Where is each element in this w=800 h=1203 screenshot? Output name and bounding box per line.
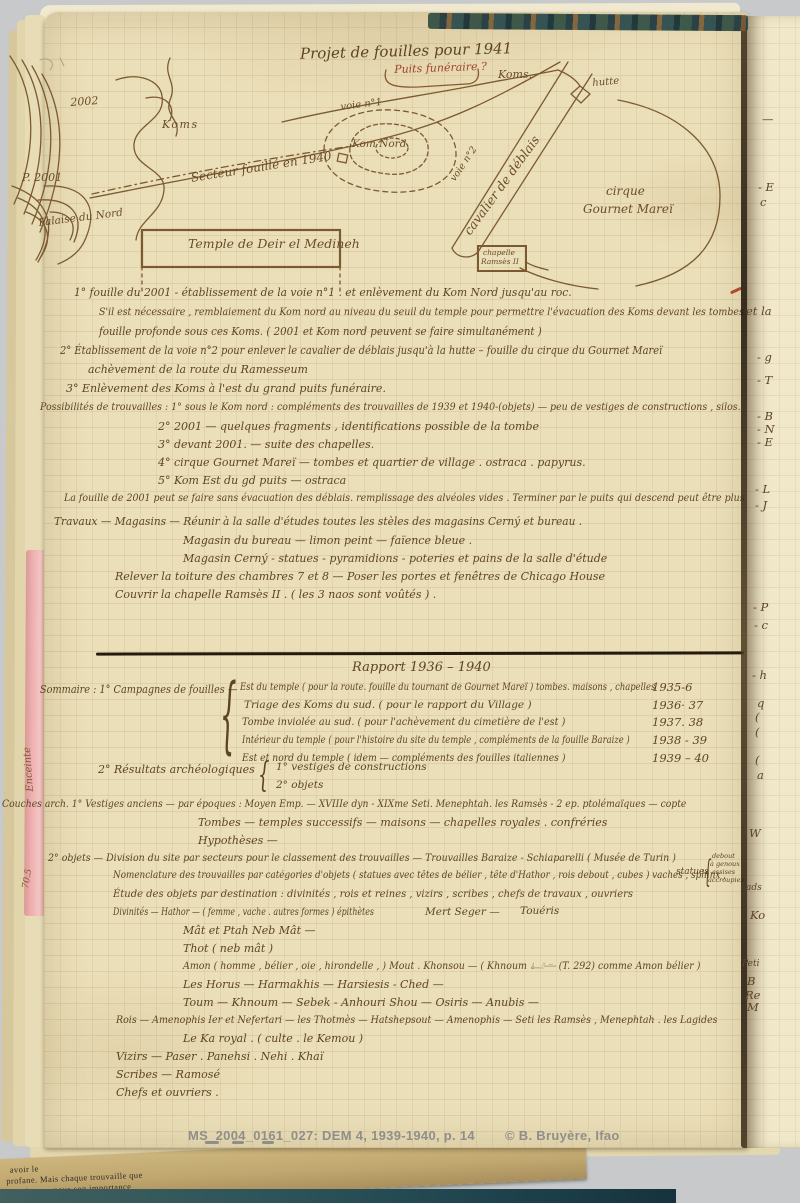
handwritten-line: 1938 - 39 xyxy=(652,735,707,747)
edge-fragment: q xyxy=(757,698,764,710)
handwritten-line: Possibilités de trouvailles : 1° sous le… xyxy=(40,402,741,413)
edge-fragment: — xyxy=(762,114,774,126)
handwritten-line: 2° Résultats archéologiques xyxy=(98,764,255,775)
edge-fragment: - P xyxy=(753,602,768,614)
edge-fragment: a xyxy=(757,770,764,782)
handwritten-line: 1937. 38 xyxy=(652,717,703,729)
edge-fragment: - g xyxy=(757,352,772,364)
handwritten-line: 1° vestiges de constructions xyxy=(276,762,427,773)
edge-fragment: et la xyxy=(746,306,772,318)
handwritten-line: Travaux — Magasins — Réunir à la salle d… xyxy=(54,516,582,528)
edge-fragment: c xyxy=(760,197,766,209)
edge-fragment: ( xyxy=(755,727,760,739)
handwritten-line: Triage des Koms du sud. ( pour le rappor… xyxy=(244,700,532,711)
edge-fragment: - B xyxy=(757,411,773,423)
handwritten-line: assises xyxy=(712,869,735,876)
handwritten-line: 4° cirque Gournet Mareï — tombes et quar… xyxy=(158,457,586,468)
edge-fragment: - N xyxy=(757,424,775,436)
pencil-scribbles xyxy=(40,58,64,70)
handwritten-line: Rapport 1936 – 1940 xyxy=(352,661,491,674)
handwritten-line: 2° 2001 — quelques fragments , identific… xyxy=(158,421,539,432)
newsprint-line: avoir le xyxy=(10,1163,39,1174)
handwritten-line: 1° fouille du 2001 - établissement de la… xyxy=(74,287,572,299)
handwritten-line: 2° objets — Division du site par secteur… xyxy=(48,853,676,864)
handwritten-line: Amon ( homme , bélier , oie , hirondelle… xyxy=(183,961,701,972)
edge-fragment: - L xyxy=(755,484,770,496)
label-p2001: P. 2001 xyxy=(22,172,62,183)
edge-fragment: - T xyxy=(757,375,772,387)
brace-sommaire: { xyxy=(220,676,237,759)
label-gournet-marei: Gournet Mareï xyxy=(583,203,673,215)
handwritten-line: Les Horus — Harmakhis — Harsiesis - Ched… xyxy=(183,979,444,990)
label-puits-funeraire: Puits funéraire ? xyxy=(394,61,487,75)
handwritten-line: Intérieur du temple ( pour l'histoire du… xyxy=(242,735,630,746)
label-koms-right: Koms. xyxy=(498,69,532,80)
edge-fragment: - J xyxy=(755,500,767,512)
handwritten-line: fouille profonde sous ces Koms. ( 2001 e… xyxy=(99,326,542,337)
edge-fragment: ads xyxy=(746,884,762,893)
handwritten-line: Touéris xyxy=(520,906,559,917)
handwritten-line: Tombe inviolée au sud. ( pour l'achèveme… xyxy=(242,717,565,728)
handwritten-line: 1935-6 xyxy=(652,682,692,694)
label-2002: 2002 xyxy=(70,95,99,108)
handwritten-line: Sommaire : 1° Campagnes de fouilles — xyxy=(40,684,237,695)
handwritten-line: Couvrir la chapelle Ramsès II . ( les 3 … xyxy=(115,589,436,600)
edge-fragment: ( xyxy=(755,755,760,767)
edge-fragment: Ko xyxy=(750,910,765,922)
marbled-edge xyxy=(428,13,748,31)
handwritten-line: Le Ka royal . ( culte . le Kemou ) xyxy=(183,1033,363,1044)
hutte-diamond xyxy=(571,86,590,103)
handwritten-line: accroupies xyxy=(708,877,744,884)
handwritten-line: Étude des objets par destination : divin… xyxy=(113,889,633,900)
handwritten-line: 1936· 37 xyxy=(652,700,703,712)
edge-fragment: - c xyxy=(754,620,768,632)
brace-resultats: { xyxy=(258,760,269,794)
edge-fragment: - E xyxy=(757,437,773,449)
edge-fragment: - E xyxy=(758,182,774,194)
edge-fragment: - h xyxy=(752,670,767,682)
edge-fragment: M xyxy=(747,1002,759,1014)
scanned-notebook-page: avoir leprofane. Mais chaque trouvaille … xyxy=(0,0,800,1203)
label-koms-left: Koms xyxy=(162,119,199,130)
label-chapelle-ramses-2: Ramsès II xyxy=(481,258,519,266)
handwritten-line: Mert Seger — xyxy=(425,907,500,918)
edge-fragment: B xyxy=(747,976,755,988)
handwritten-line: Thot ( neb mât ) xyxy=(183,943,273,954)
label-kom-nord: Kom Nord xyxy=(352,139,406,150)
handwritten-line: Est du temple ( pour la route. fouille d… xyxy=(240,682,655,693)
handwritten-line: Relever la toiture des chambres 7 et 8 —… xyxy=(115,571,605,582)
handwritten-line: Magasin Cerný - statues - pyramidions - … xyxy=(183,553,607,564)
handwritten-line: Magasin du bureau — limon peint — faïenc… xyxy=(183,535,472,546)
handwritten-line: 2° objets xyxy=(276,780,323,791)
handwritten-line: Rois — Amenophis Ier et Nefertari — les … xyxy=(116,1015,718,1026)
handwritten-line: La fouille de 2001 peut se faire sans év… xyxy=(64,493,767,504)
handwritten-line: Vizirs — Paser . Panehsi . Nehi . Khaï xyxy=(116,1051,323,1062)
handwritten-line: Toum — Khnoum — Sebek - Anhouri Shou — O… xyxy=(183,997,539,1008)
handwritten-line: 1939 – 40 xyxy=(652,753,709,765)
handwritten-line: Scribes — Ramosé xyxy=(116,1069,220,1080)
copyright-caption: © B. Bruyère, Ifao xyxy=(505,1128,620,1143)
handwritten-line: 2° Établissement de la voie n°2 pour enl… xyxy=(60,345,662,356)
edge-fragment: ( xyxy=(755,712,760,724)
handwritten-line: 5° Kom Est du gd puits — ostraca xyxy=(158,475,346,486)
book-cover-strip xyxy=(0,1189,676,1203)
handwritten-line: Divinités — Hathor — ( femme , vache . a… xyxy=(113,907,374,918)
handwritten-line: Tombes — temples successifs — maisons — … xyxy=(198,817,607,828)
label-temple: Temple de Deir el Medineh xyxy=(188,238,360,251)
archive-caption: MS_2004_0161_027: DEM 4, 1939-1940, p. 1… xyxy=(188,1128,475,1143)
kom-2002-contours xyxy=(116,58,177,240)
handwritten-line: à genoux xyxy=(710,861,740,868)
handwritten-line: Hypothèses — xyxy=(198,835,278,846)
handwritten-line: S'il est nécessaire , remblaiement du Ko… xyxy=(99,307,799,318)
handwritten-line: Mât et Ptah Neb Mât — xyxy=(183,925,316,936)
edge-fragment: Peti xyxy=(742,960,759,969)
handwritten-line: 3° devant 2001. — suite des chapelles. xyxy=(158,439,374,450)
handwritten-line: debout xyxy=(712,853,735,860)
handwritten-line: Chefs et ouvriers . xyxy=(116,1087,219,1098)
kom-nord-square xyxy=(337,153,347,163)
label-cirque: cirque xyxy=(606,185,645,197)
handwritten-line: Nomenclature des trouvailles par catégor… xyxy=(113,871,726,881)
edge-fragment: W xyxy=(749,828,761,840)
label-chapelle-ramses-1: chapelle xyxy=(483,249,515,257)
handwritten-line: Couches arch. 1° Vestiges anciens — par … xyxy=(2,799,686,810)
handwritten-line: achèvement de la route du Ramesseum xyxy=(88,364,308,375)
handwritten-line: 3° Enlèvement des Koms à l'est du grand … xyxy=(66,383,386,394)
